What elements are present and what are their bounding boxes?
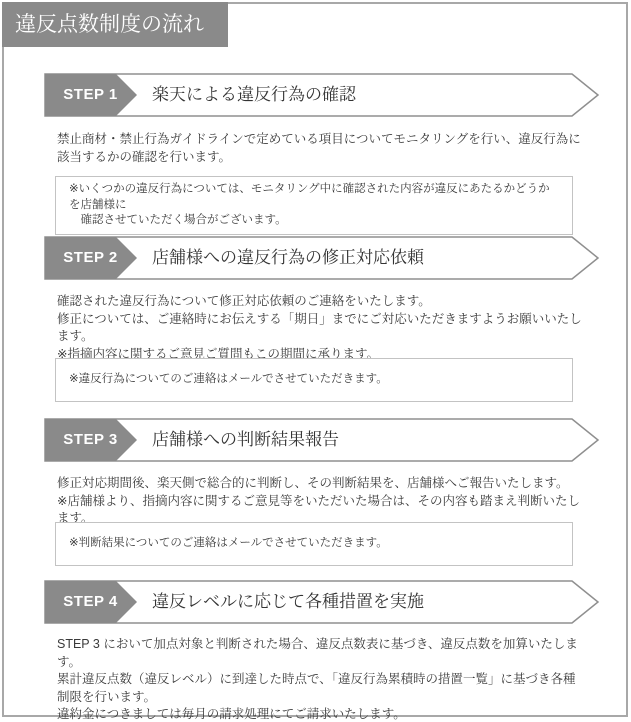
step3-label: STEP 3: [44, 418, 137, 462]
step1-label: STEP 1: [44, 73, 137, 117]
page-title: 違反点数制度の流れ: [2, 2, 228, 47]
step4-label: STEP 4: [44, 580, 137, 624]
step1-heading: 楽天による違反行為の確認: [152, 73, 356, 117]
violation-points-flow-page: 違反点数制度の流れ STEP 1 楽天による違反行為の確認 禁止商材・禁止行為ガ…: [0, 0, 631, 722]
step2-note: ※違反行為についてのご連絡はメールでさせていただきます。: [55, 358, 573, 402]
step1-note: ※いくつかの違反行為については、モニタリング中に確認された内容が違反にあたるかど…: [55, 176, 573, 235]
step3-description: 修正対応期間後、楽天側で総合的に判断し、その判断結果を、店舗様へご報告いたします…: [57, 475, 582, 528]
step2-header: STEP 2 店舗様への違反行為の修正対応依頼: [44, 236, 600, 280]
step3-header: STEP 3 店舗様への判断結果報告: [44, 418, 600, 462]
step1-header: STEP 1 楽天による違反行為の確認: [44, 73, 600, 117]
step4-heading: 違反レベルに応じて各種措置を実施: [152, 580, 424, 624]
step2-description: 確認された違反行為について修正対応依頼のご連絡をいたします。 修正については、ご…: [57, 293, 582, 363]
step2-label: STEP 2: [44, 236, 137, 280]
step2-heading: 店舗様への違反行為の修正対応依頼: [152, 236, 424, 280]
step4-header: STEP 4 違反レベルに応じて各種措置を実施: [44, 580, 600, 624]
step4-description: STEP 3 において加点対象と判断された場合、違反点数表に基づき、違反点数を加…: [57, 636, 582, 722]
step3-note: ※判断結果についてのご連絡はメールでさせていただきます。: [55, 522, 573, 566]
step3-heading: 店舗様への判断結果報告: [152, 418, 339, 462]
step1-description: 禁止商材・禁止行為ガイドラインで定めている項目についてモニタリングを行い、違反行…: [57, 131, 582, 166]
